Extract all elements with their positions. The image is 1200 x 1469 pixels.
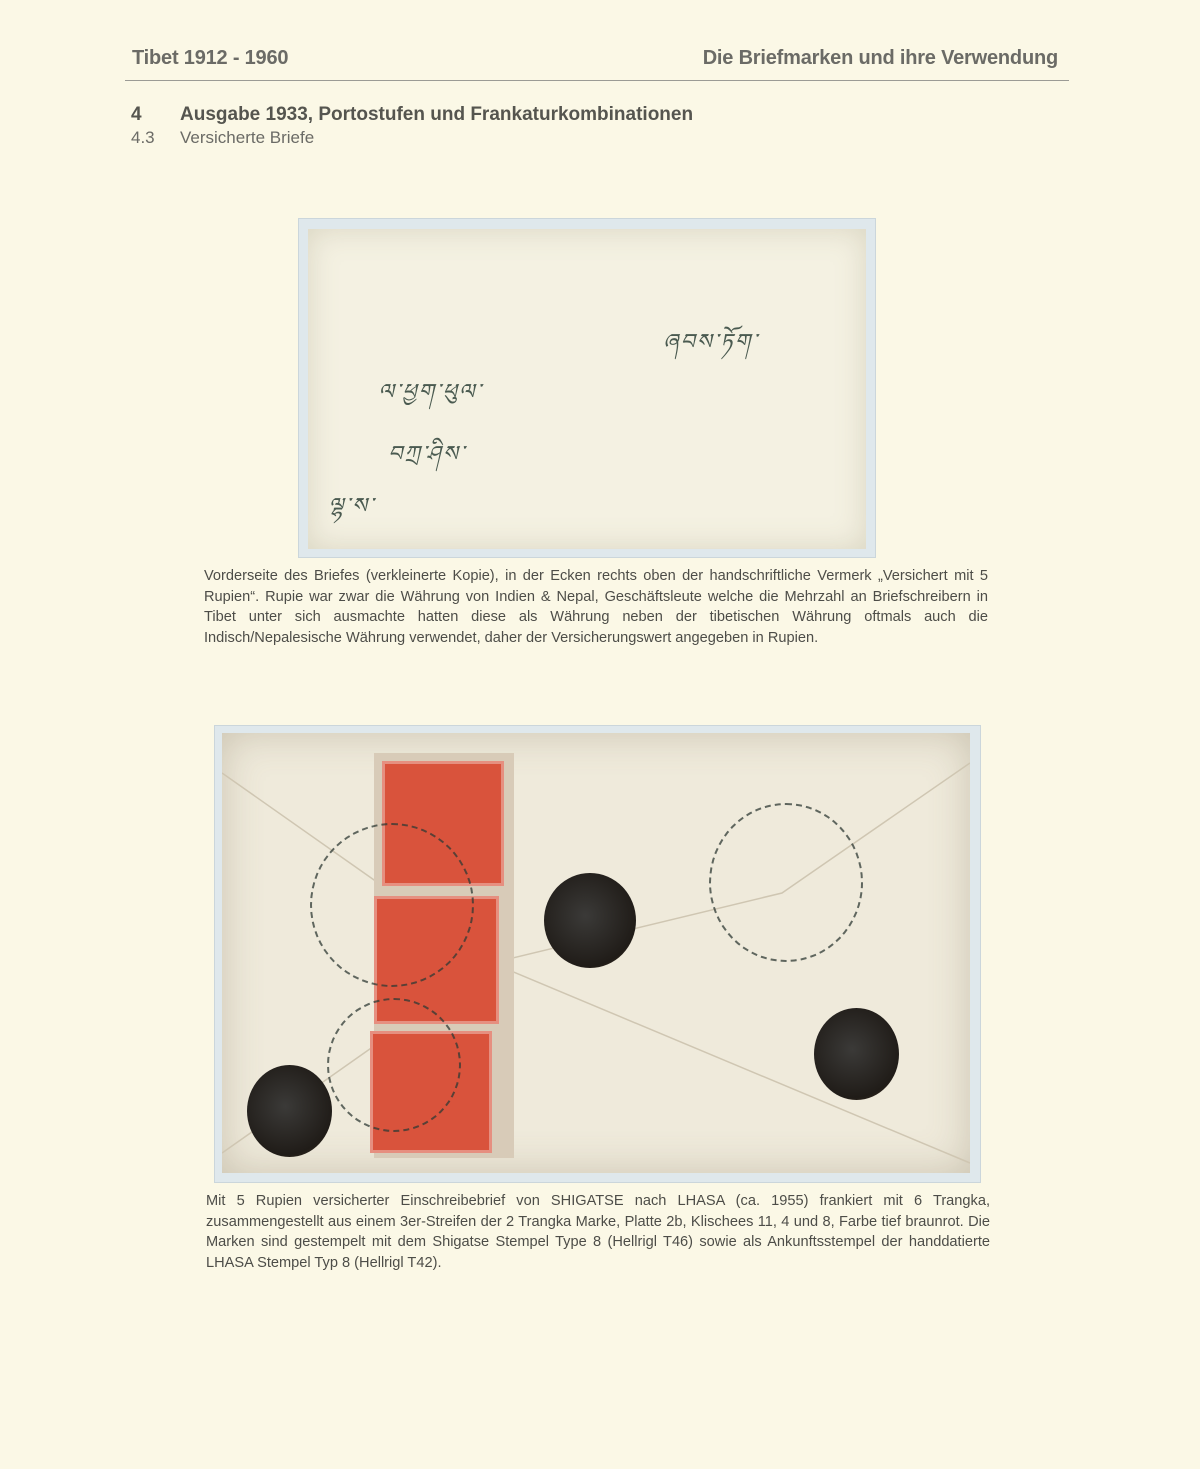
section-number: 4: [131, 104, 142, 126]
figure-2-caption: Mit 5 Rupien versicherter Einschreibebri…: [206, 1191, 990, 1273]
handwriting-line: ལྷ་ས་: [328, 481, 375, 543]
wax-seal: [247, 1065, 332, 1157]
cover-back-image: [222, 733, 970, 1173]
handwriting-line: ལ་ཕྱག་ཕུལ་: [378, 367, 483, 429]
subsection-number: 4.3: [131, 128, 155, 148]
header-right-title: Die Briefmarken und ihre Verwendung: [703, 47, 1058, 70]
cover-front-image: ཞབས་ཏོག་ ལ་ཕྱག་ཕུལ་ བཀྲ་ཤིས་ ལྷ་ས་: [308, 229, 866, 549]
postmark-shigatse-partial: [327, 998, 461, 1132]
wax-seal: [544, 873, 636, 968]
postmark-shigatse: [310, 823, 474, 987]
postmark-lhasa: [709, 803, 863, 962]
subsection-title: Versicherte Briefe: [180, 128, 314, 148]
figure-1-caption: Vorderseite des Briefes (verkleinerte Ko…: [204, 566, 988, 648]
section-title: Ausgabe 1933, Portostufen und Frankaturk…: [180, 104, 693, 126]
handwriting-line: བཀྲ་ཤིས་: [388, 429, 466, 491]
wax-seal: [814, 1008, 899, 1100]
handwriting-line: ཞབས་ཏོག་: [663, 317, 759, 379]
header-left-title: Tibet 1912 - 1960: [132, 47, 288, 70]
header-divider: [125, 80, 1069, 81]
